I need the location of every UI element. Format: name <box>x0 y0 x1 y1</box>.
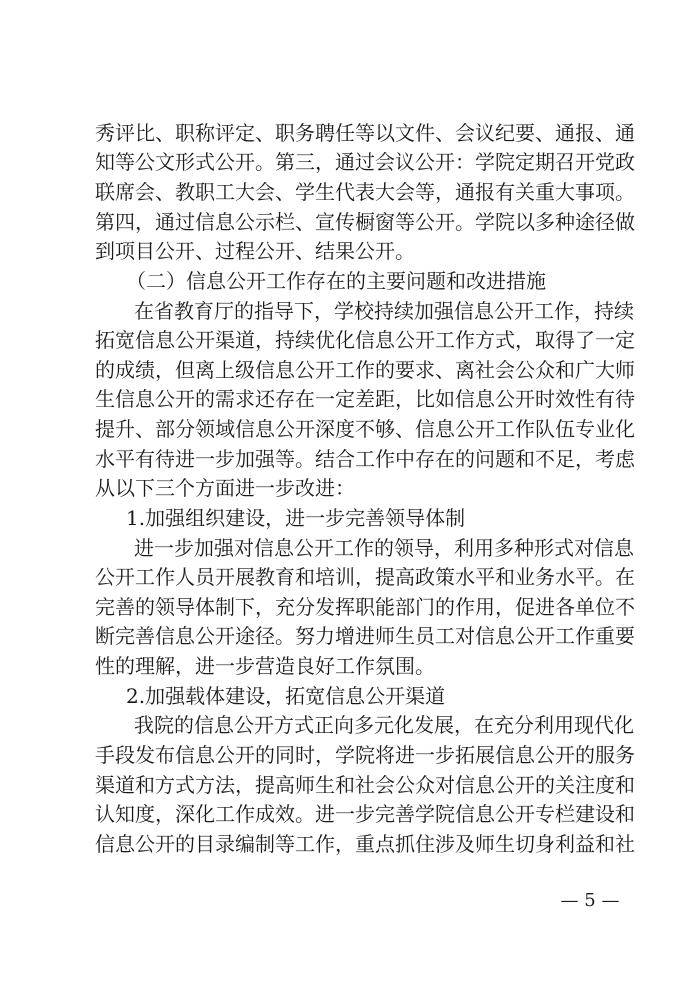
paragraph-first-line: 我院的信息公开方式正向多元化发展，在充分利用现代化 <box>134 710 615 740</box>
text-line: 水平有待进一步加强等。结合工作中存在的问题和不足，考虑 <box>95 444 615 474</box>
text-line: 认知度，深化工作成效。进一步完善学院信息公开专栏建设和 <box>95 799 615 829</box>
text-line: 渠道和方式方法，提高师生和社会公众对信息公开的关注度和 <box>95 770 615 800</box>
text-line: 性的理解，进一步营造良好工作氛围。 <box>95 651 615 681</box>
text-line: 联席会、教职工大会、学生代表大会等，通报有关重大事项。 <box>95 177 615 207</box>
text-line: 断完善信息公开途径。努力增进师生员工对信息公开工作重要 <box>95 621 615 651</box>
text-line: 从以下三个方面进一步改进： <box>95 473 615 503</box>
document-page: 秀评比、职称评定、职务聘任等以文件、会议纪要、通报、通 知等公文形式公开。第三，… <box>0 0 700 989</box>
page-number: — 5 — <box>555 888 625 914</box>
text-line: 第四，通过信息公示栏、宣传橱窗等公开。学院以多种途径做 <box>95 207 615 237</box>
text-line: 生信息公开的需求还存在一定差距，比如信息公开时效性有待 <box>95 384 615 414</box>
text-line: 的成绩，但离上级信息公开工作的要求、离社会公众和广大师 <box>95 355 615 385</box>
text-line: 拓宽信息公开渠道，持续优化信息公开工作方式，取得了一定 <box>95 325 615 355</box>
subsection-heading-2: 2.加强载体建设，拓宽信息公开渠道 <box>126 681 606 711</box>
text-line: 提升、部分领域信息公开深度不够、信息公开工作队伍专业化 <box>95 414 615 444</box>
text-line: 公开工作人员开展教育和培训，提高政策水平和业务水平。在 <box>95 562 615 592</box>
section-heading: （二）信息公开工作存在的主要问题和改进措施 <box>126 266 606 296</box>
paragraph-first-line: 在省教育厅的指导下，学校持续加强信息公开工作，持续 <box>134 296 615 326</box>
paragraph-first-line: 进一步加强对信息公开工作的领导，利用多种形式对信息 <box>134 533 615 563</box>
text-line: 完善的领导体制下，充分发挥职能部门的作用，促进各单位不 <box>95 592 615 622</box>
text-line: 知等公文形式公开。第三，通过会议公开：学院定期召开党政 <box>95 147 615 177</box>
text-line: 到项目公开、过程公开、结果公开。 <box>95 236 615 266</box>
subsection-heading-1: 1.加强组织建设，进一步完善领导体制 <box>126 503 606 533</box>
text-line: 信息公开的目录编制等工作，重点抓住涉及师生切身利益和社 <box>95 829 615 859</box>
text-line: 秀评比、职称评定、职务聘任等以文件、会议纪要、通报、通 <box>95 118 615 148</box>
text-line: 手段发布信息公开的同时，学院将进一步拓展信息公开的服务 <box>95 740 615 770</box>
